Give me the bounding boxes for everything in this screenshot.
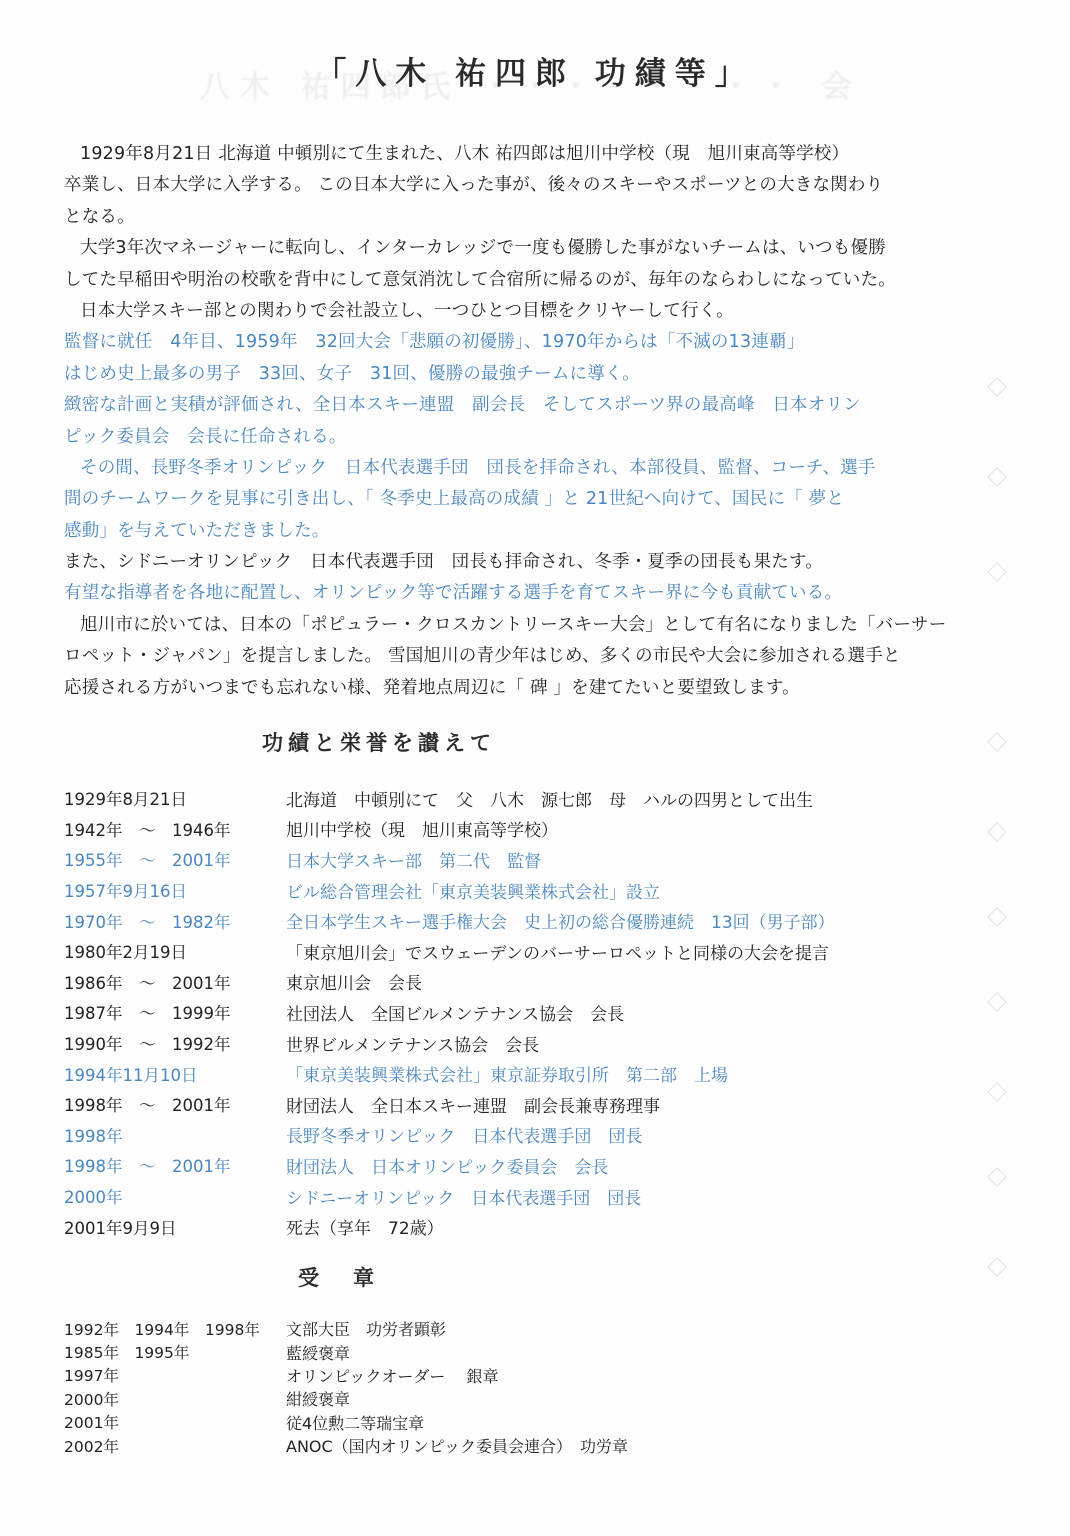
timeline-row: 1998年 ～ 2001年財団法人 日本オリンピック委員会 会長 <box>64 1150 984 1181</box>
intro-line: ピック委員会 会長に任命される。 <box>64 422 1014 453</box>
award-row: 1997年オリンピックオーダー 銀章 <box>64 1364 964 1387</box>
timeline-date: 1998年 ～ 2001年 <box>64 1092 286 1116</box>
intro-line: 感動」を与えていただきました。 <box>64 516 1014 547</box>
timeline-description: 東京旭川会 会長 <box>286 969 984 994</box>
achievements-heading: 功績と栄誉を讃えて <box>262 727 496 757</box>
bleed-through-diamond-icon <box>987 732 1007 752</box>
timeline-date: 1970年 ～ 1982年 <box>64 909 286 933</box>
intro-line: となる。 <box>64 202 1014 233</box>
award-row: 1985年 1995年藍綬褒章 <box>64 1340 964 1363</box>
timeline-row: 1998年 ～ 2001年財団法人 全日本スキー連盟 副会長兼専務理事 <box>64 1089 984 1120</box>
intro-paragraphs: 1929年8月21日 北海道 中頓別にて生まれた、八木 祐四郎は旭川中学校（現 … <box>64 139 1014 704</box>
timeline-description: 日本大学スキー部 第二代 監督 <box>286 847 984 872</box>
intro-line: 有望な指導者を各地に配置し、オリンピック等で活躍する選手を育てスキー界に今も貢献… <box>64 578 1014 609</box>
bleed-through-diamond-icon <box>987 1257 1007 1277</box>
timeline-description: シドニーオリンピック 日本代表選手団 団長 <box>286 1184 984 1209</box>
document-title: 「八木 祐四郎 功績等」 <box>0 48 1070 93</box>
timeline-description: 財団法人 日本オリンピック委員会 会長 <box>286 1153 984 1178</box>
award-name: 従4位勲二等瑞宝章 <box>286 1411 964 1434</box>
intro-line: 間のチームワークを見事に引き出し、「 冬季史上最高の成績 」と 21世紀へ向けて… <box>64 484 1014 515</box>
award-year: 2002年 <box>64 1435 286 1457</box>
awards-heading: 受章 <box>298 1262 408 1292</box>
timeline-description: 社団法人 全国ビルメンテナンス協会 会長 <box>286 1000 984 1025</box>
bleed-through-diamond-icon <box>987 907 1007 927</box>
timeline-date: 2000年 <box>64 1184 286 1208</box>
timeline-description: 財団法人 全日本スキー連盟 副会長兼専務理事 <box>286 1092 984 1117</box>
intro-line: ロペット・ジャパン」を提言しました。 雪国旭川の青少年はじめ、多くの市民や大会に… <box>64 641 1014 672</box>
timeline-row: 1929年8月21日北海道 中頓別にて 父 八木 源七郎 母 ハルの四男として出… <box>64 783 984 814</box>
timeline-date: 1987年 ～ 1999年 <box>64 1000 286 1024</box>
timeline-row: 1942年 ～ 1946年旭川中学校（現 旭川東高等学校） <box>64 814 984 845</box>
intro-line: はじめ史上最多の男子 33回、女子 31回、優勝の最強チームに導く。 <box>64 359 1014 390</box>
timeline-date: 1929年8月21日 <box>64 786 286 810</box>
timeline-description: 死去（享年 72歳） <box>286 1214 984 1239</box>
timeline-date: 1942年 ～ 1946年 <box>64 817 286 841</box>
award-name: 文部大臣 功労者顕彰 <box>286 1317 964 1340</box>
timeline-row: 1955年 ～ 2001年日本大学スキー部 第二代 監督 <box>64 844 984 875</box>
award-row: 2000年紺綬褒章 <box>64 1387 964 1410</box>
intro-line: してた早稲田や明治の校歌を背中にして意気消沈して合宿所に帰るのが、毎年のならわし… <box>64 265 1014 296</box>
timeline-date: 1980年2月19日 <box>64 939 286 963</box>
timeline-date: 2001年9月9日 <box>64 1215 286 1239</box>
timeline-row: 2000年シドニーオリンピック 日本代表選手団 団長 <box>64 1181 984 1212</box>
bleed-through-diamond-icon <box>987 1167 1007 1187</box>
intro-line: 緻密な計画と実積が評価され、全日本スキー連盟 副会長 そしてスポーツ界の最高峰 … <box>64 390 1014 421</box>
award-year: 2001年 <box>64 1411 286 1433</box>
achievements-timeline: 1929年8月21日北海道 中頓別にて 父 八木 源七郎 母 ハルの四男として出… <box>64 783 984 1242</box>
intro-line: 大学3年次マネージャーに転向し、インターカレッジで一度も優勝した事がないチームは… <box>64 233 1014 264</box>
intro-line: 旭川市に於いては、日本の「ポピュラー・クロスカントリースキー大会」として有名にな… <box>64 610 1014 641</box>
intro-line: 日本大学スキー部との関わりで会社設立し、一つひとつ目標をクリヤーして行く。 <box>64 296 1014 327</box>
timeline-date: 1986年 ～ 2001年 <box>64 970 286 994</box>
timeline-description: 長野冬季オリンピック 日本代表選手団 団長 <box>286 1122 984 1147</box>
timeline-date: 1957年9月16日 <box>64 878 286 902</box>
scanned-document-page: 八木 祐四郎氏 ・・・・・・・・ 会 「八木 祐四郎 功績等」 1929年8月2… <box>0 0 1070 1536</box>
timeline-description: 「東京美装興業株式会社」東京証券取引所 第二部 上場 <box>286 1061 984 1086</box>
award-year: 1992年 1994年 1998年 <box>64 1318 286 1340</box>
award-name: 紺綬褒章 <box>286 1387 964 1410</box>
intro-line: その間、長野冬季オリンピック 日本代表選手団 団長を拝命され、本部役員、監督、コ… <box>64 453 1014 484</box>
intro-line: また、シドニーオリンピック 日本代表選手団 団長も拝命され、冬季・夏季の団長も果… <box>64 547 1014 578</box>
timeline-description: ビル総合管理会社「東京美装興業株式会社」設立 <box>286 878 984 903</box>
bleed-through-diamond-icon <box>987 992 1007 1012</box>
timeline-description: 全日本学生スキー選手権大会 史上初の総合優勝連続 13回（男子部） <box>286 908 984 933</box>
intro-line: 卒業し、日本大学に入学する。 この日本大学に入った事が、後々のスキーやスポーツと… <box>64 170 1014 201</box>
timeline-description: 北海道 中頓別にて 父 八木 源七郎 母 ハルの四男として出生 <box>286 786 984 811</box>
timeline-row: 1980年2月19日「東京旭川会」でスウェーデンのバーサーロペットと同様の大会を… <box>64 936 984 967</box>
timeline-date: 1998年 <box>64 1123 286 1147</box>
intro-line: 応援される方がいつまでも忘れない様、発着地点周辺に「 碑 」を建てたいと要望致し… <box>64 673 1014 704</box>
award-name: オリンピックオーダー 銀章 <box>286 1364 964 1387</box>
timeline-row: 1990年 ～ 1992年世界ビルメンテナンス協会 会長 <box>64 1028 984 1059</box>
award-year: 1985年 1995年 <box>64 1341 286 1363</box>
timeline-row: 1986年 ～ 2001年東京旭川会 会長 <box>64 967 984 998</box>
timeline-date: 1955年 ～ 2001年 <box>64 847 286 871</box>
award-name: 藍綬褒章 <box>286 1341 964 1364</box>
timeline-description: 「東京旭川会」でスウェーデンのバーサーロペットと同様の大会を提言 <box>286 939 984 964</box>
timeline-row: 1998年長野冬季オリンピック 日本代表選手団 団長 <box>64 1120 984 1151</box>
award-year: 1997年 <box>64 1364 286 1386</box>
timeline-row: 2001年9月9日死去（享年 72歳） <box>64 1211 984 1242</box>
bleed-through-diamond-icon <box>987 1082 1007 1102</box>
awards-list: 1992年 1994年 1998年文部大臣 功労者顕彰1985年 1995年藍綬… <box>64 1317 964 1457</box>
timeline-row: 1957年9月16日ビル総合管理会社「東京美装興業株式会社」設立 <box>64 875 984 906</box>
award-row: 2002年ANOC（国内オリンピック委員会連合） 功労章 <box>64 1434 964 1457</box>
award-row: 1992年 1994年 1998年文部大臣 功労者顕彰 <box>64 1317 964 1340</box>
timeline-date: 1990年 ～ 1992年 <box>64 1031 286 1055</box>
bleed-through-diamond-icon <box>987 822 1007 842</box>
timeline-description: 旭川中学校（現 旭川東高等学校） <box>286 816 984 841</box>
award-row: 2001年従4位勲二等瑞宝章 <box>64 1411 964 1434</box>
timeline-row: 1994年11月10日「東京美装興業株式会社」東京証券取引所 第二部 上場 <box>64 1058 984 1089</box>
timeline-date: 1994年11月10日 <box>64 1062 286 1086</box>
intro-line: 1929年8月21日 北海道 中頓別にて生まれた、八木 祐四郎は旭川中学校（現 … <box>64 139 1014 170</box>
timeline-description: 世界ビルメンテナンス協会 会長 <box>286 1031 984 1056</box>
timeline-row: 1987年 ～ 1999年社団法人 全国ビルメンテナンス協会 会長 <box>64 997 984 1028</box>
timeline-row: 1970年 ～ 1982年全日本学生スキー選手権大会 史上初の総合優勝連続 13… <box>64 905 984 936</box>
timeline-date: 1998年 ～ 2001年 <box>64 1153 286 1177</box>
intro-line: 監督に就任 4年目、1959年 32回大会「悲願の初優勝」、1970年からは「不… <box>64 327 1014 358</box>
award-year: 2000年 <box>64 1388 286 1410</box>
award-name: ANOC（国内オリンピック委員会連合） 功労章 <box>286 1434 964 1457</box>
